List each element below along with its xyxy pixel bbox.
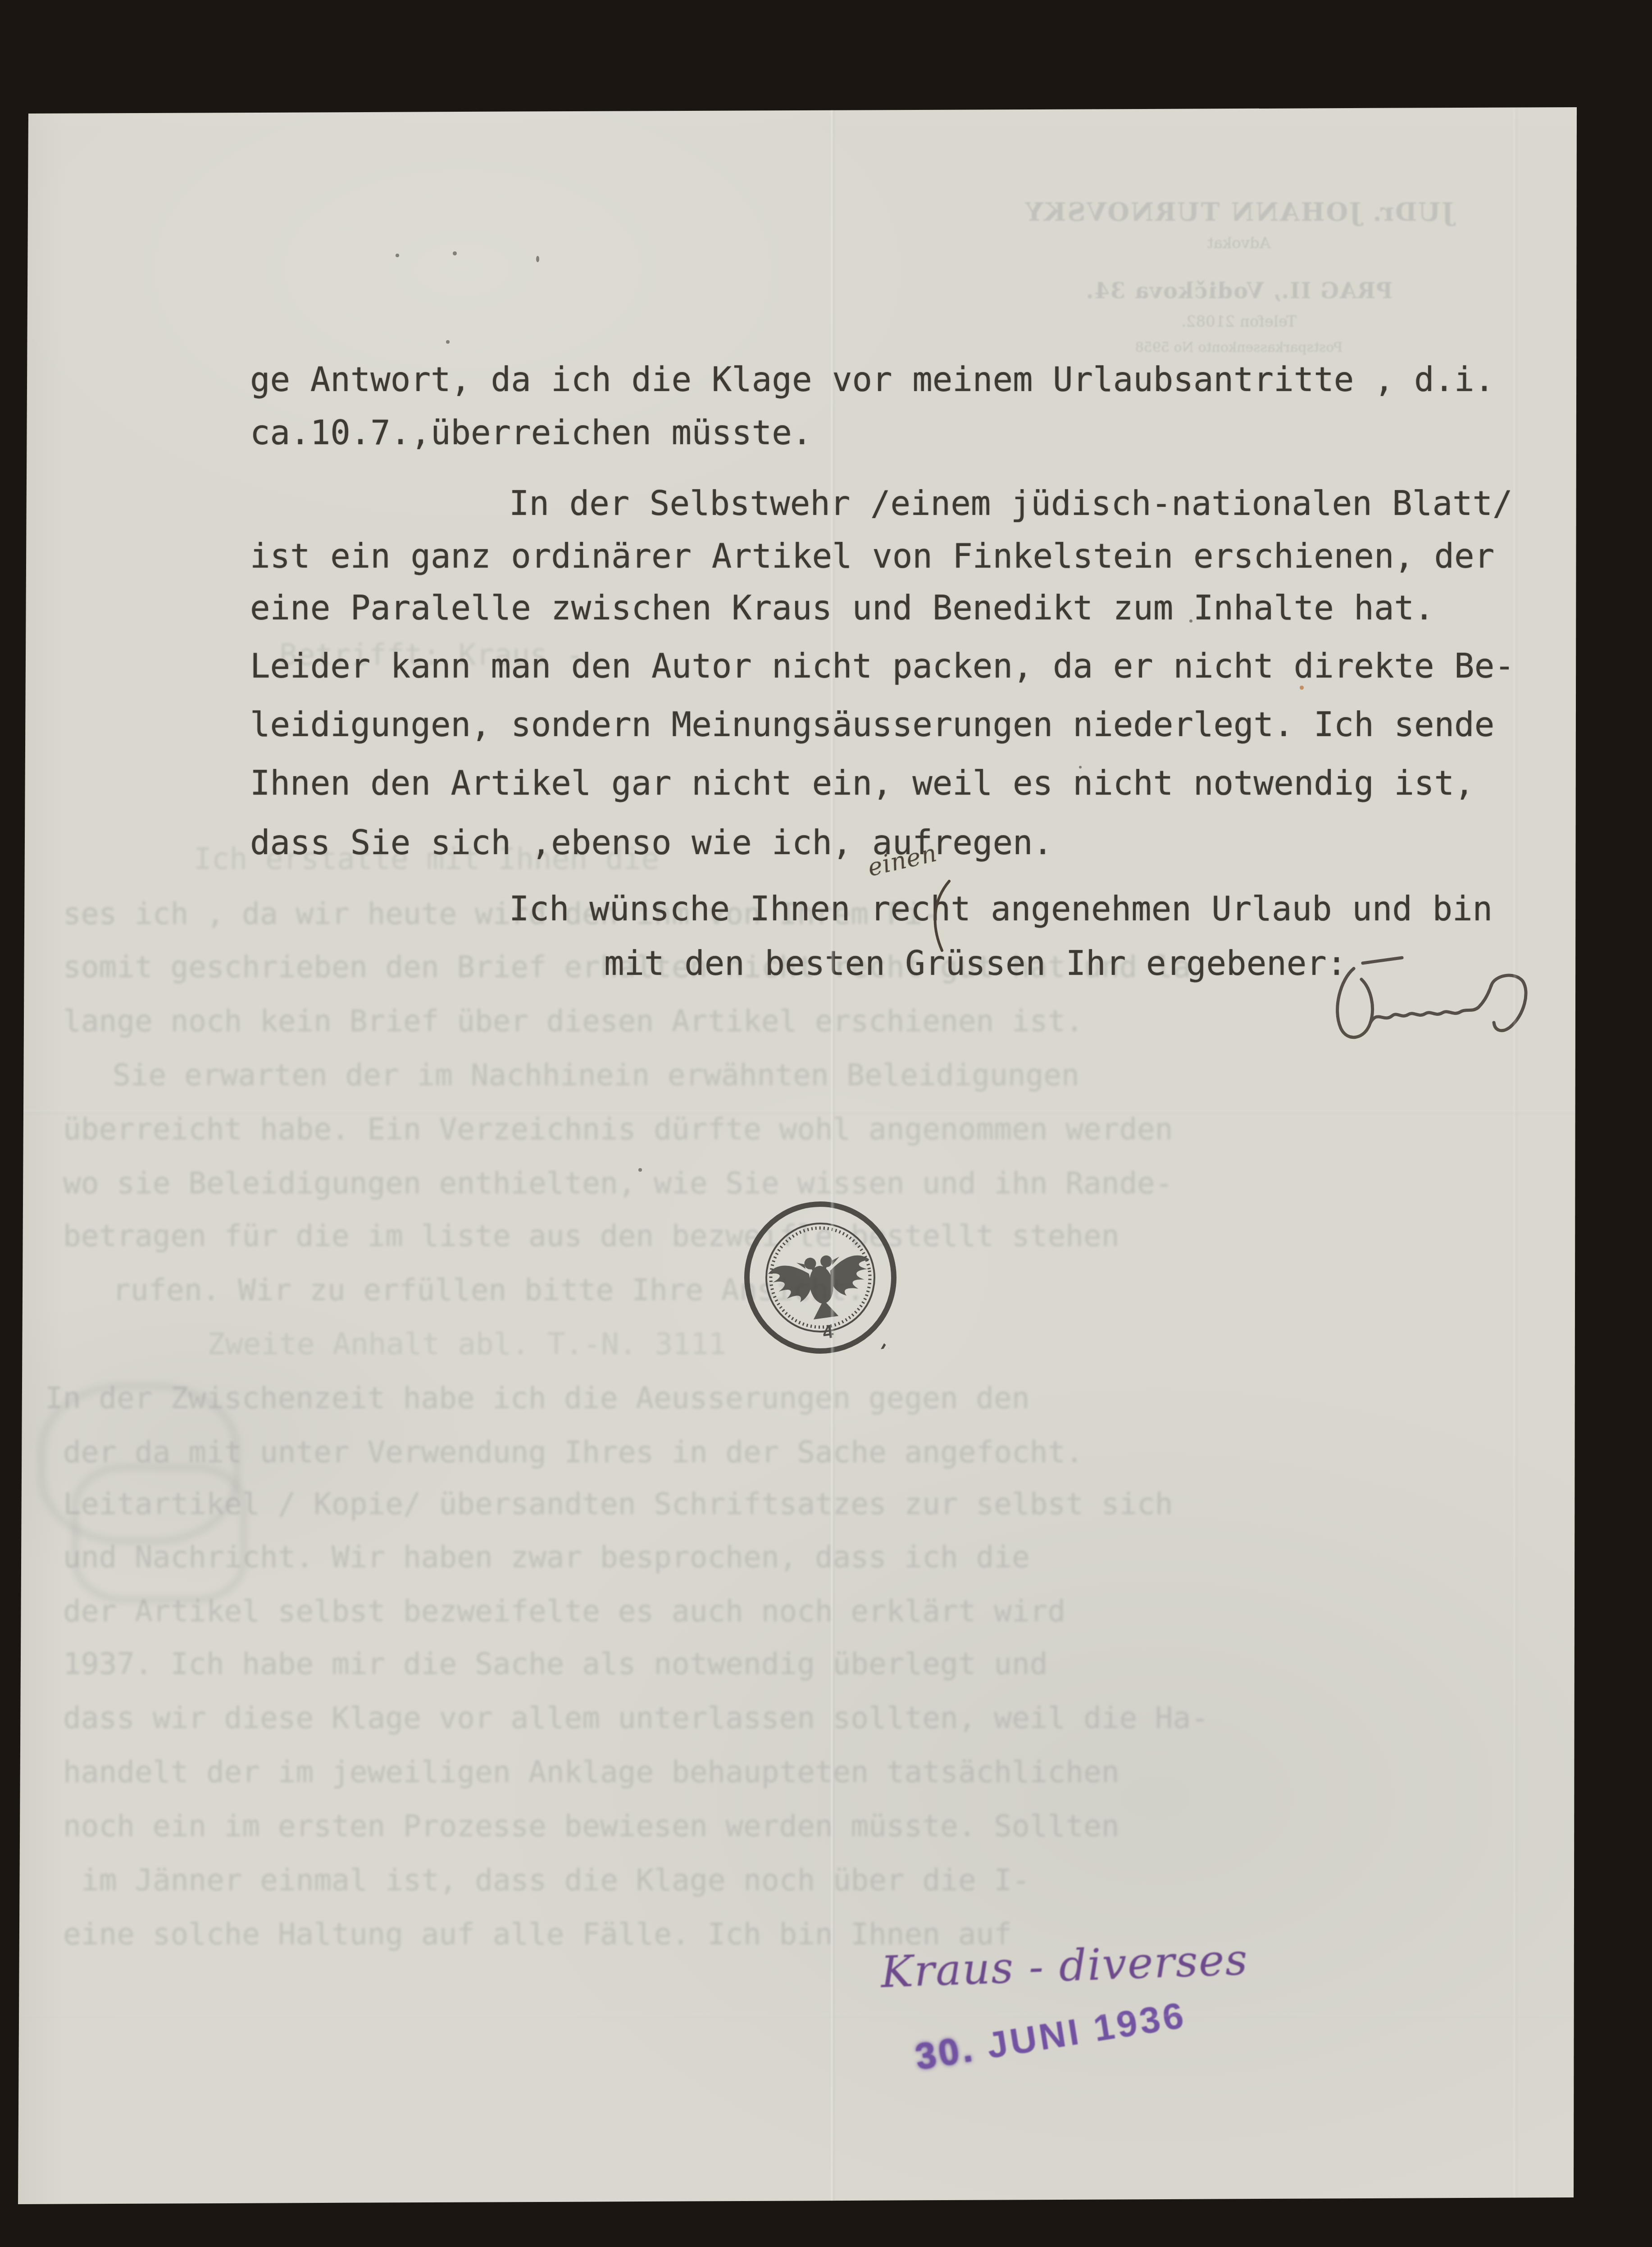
bleedthrough-line: betragen für die im liste aus den bezwei… xyxy=(63,1219,1119,1253)
typed-line: ca.10.7.,überreichen müsste. xyxy=(250,414,812,452)
handwritten-signature xyxy=(1320,955,1572,1063)
bleedthrough-line: handelt der im jeweiligen Anklage behaup… xyxy=(63,1755,1119,1789)
letterhead-title: Advokat xyxy=(1023,234,1455,252)
bleedthrough-line: Zweite Anhalt abl. T.-N. 3111 xyxy=(207,1327,726,1361)
dust-speck xyxy=(1300,686,1304,690)
typed-line: eine Paralelle zwischen Kraus und Benedi… xyxy=(250,589,1434,628)
letterhead-account: Postsparkassenkonto No 5958 xyxy=(1023,340,1455,355)
scanned-letter-page: JUDr. JOHANN TURNOVSKY Advokat PRAG II.,… xyxy=(0,0,1652,2247)
bleedthrough-line: Sie erwarten der im Nachhinein erwähnten… xyxy=(113,1058,1079,1092)
vertical-fold-crease xyxy=(1514,108,1517,2204)
typed-line: Leider kann man den Autor nicht packen, … xyxy=(250,647,1515,686)
reverse-stamp-showthrough xyxy=(72,1464,247,1603)
date-stamp-rest: JUNI 1936 xyxy=(971,1994,1189,2068)
dust-speck xyxy=(1189,619,1192,623)
bleedthrough-line: im Jänner einmal ist, dass die Klage noc… xyxy=(81,1863,1030,1897)
dust-speck xyxy=(1079,766,1082,769)
typed-line: In der Selbstwehr /einem jüdisch-nationa… xyxy=(509,484,1513,523)
letterhead-bleedthrough: JUDr. JOHANN TURNOVSKY Advokat PRAG II.,… xyxy=(1023,197,1455,355)
dust-speck xyxy=(453,251,457,255)
signature-stroke-svg xyxy=(1320,955,1572,1063)
caret-stroke-svg xyxy=(921,878,962,954)
horizontal-fold-crease xyxy=(20,2015,1575,2017)
letter-paper: JUDr. JOHANN TURNOVSKY Advokat PRAG II.,… xyxy=(0,0,1652,2247)
date-stamp-day: 30. xyxy=(912,2028,978,2078)
date-received-stamp: 30. JUNI 1936 xyxy=(912,1994,1189,2079)
library-stamp: WIENER STADT- U. LANDESBIBL. 4 xyxy=(731,1188,910,1367)
bleedthrough-line: überreicht habe. Ein Verzeichnis dürfte … xyxy=(63,1112,1173,1146)
bleedthrough-line: 1937. Ich habe mir die Sache als notwend… xyxy=(63,1647,1047,1681)
bleedthrough-line: wo sie Beleidigungen enthielten, wie Sie… xyxy=(63,1166,1173,1201)
insertion-caret-mark xyxy=(921,878,962,954)
typed-line: mit den besten Grüssen Ihr ergebener: xyxy=(604,944,1347,983)
letterhead-phone: Telefon 21082. xyxy=(1023,313,1455,331)
typed-line: Ihnen den Artikel gar nicht ein, weil es… xyxy=(250,764,1475,803)
bleedthrough-line: noch ein im ersten Prozesse bewiesen wer… xyxy=(63,1809,1119,1843)
bleedthrough-line: eine solche Haltung auf alle Fälle. Ich … xyxy=(63,1917,1012,1951)
letterhead-address: PRAG II., Vodičkova 34. xyxy=(1023,278,1455,304)
dust-speck xyxy=(536,256,539,262)
typed-line: ist ein ganz ordinärer Artikel von Finke… xyxy=(250,537,1494,576)
typed-line: leidigungen, sondern Meinungsäusserungen… xyxy=(250,705,1494,744)
dust-speck xyxy=(396,254,399,257)
letterhead-name: JUDr. JOHANN TURNOVSKY xyxy=(1023,197,1455,227)
dust-speck xyxy=(446,340,450,344)
typed-line: Ich wünsche Ihnen recht angenehmen Urlau… xyxy=(509,890,1493,928)
bleedthrough-line: lange noch kein Brief über diesen Artike… xyxy=(63,1004,1083,1038)
library-stamp-svg: WIENER STADT- U. LANDESBIBL. 4 xyxy=(731,1188,910,1367)
stamp-number: 4 xyxy=(821,1320,835,1343)
dust-speck xyxy=(638,1168,642,1172)
typed-line: ge Antwort, da ich die Klage vor meinem … xyxy=(250,360,1494,399)
bleedthrough-line: dass wir diese Klage vor allem unterlass… xyxy=(63,1701,1209,1735)
